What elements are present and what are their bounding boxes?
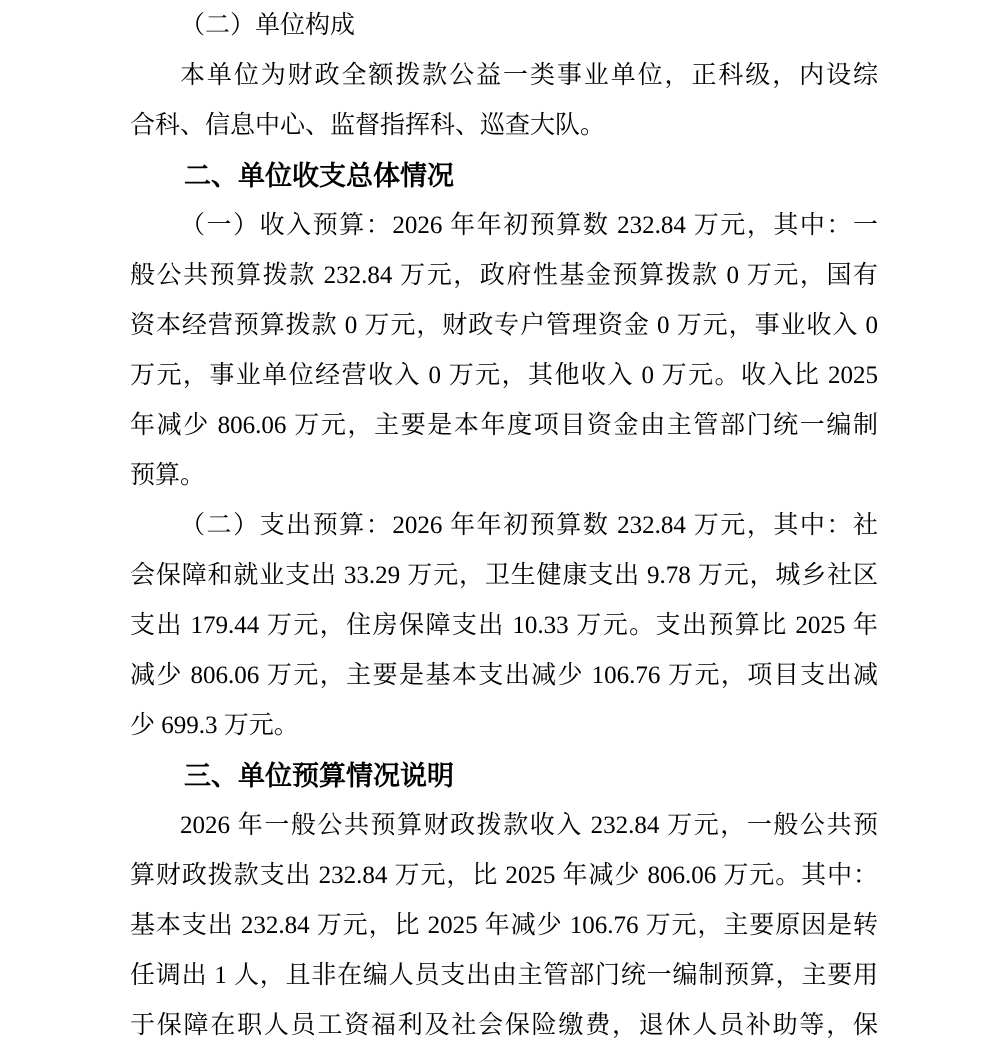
section-heading-budget-explanation: 三、单位预算情况说明 bbox=[130, 751, 878, 801]
paragraph-line: 2026 年一般公共预算财政拨款收入 232.84 万元，一般公共预 bbox=[130, 801, 878, 851]
paragraph-line: 会保障和就业支出 33.29 万元，卫生健康支出 9.78 万元，城乡社区 bbox=[130, 551, 878, 601]
paragraph-line: 少 699.3 万元。 bbox=[130, 701, 878, 751]
paragraph-line: 减少 806.06 万元，主要是基本支出减少 106.76 万元，项目支出减 bbox=[130, 651, 878, 701]
paragraph-line: 支出 179.44 万元，住房保障支出 10.33 万元。支出预算比 2025 … bbox=[130, 601, 878, 651]
paragraph-line: 资本经营预算拨款 0 万元，财政专户管理资金 0 万元，事业收入 0 bbox=[130, 301, 878, 351]
paragraph-line: 本单位为财政全额拨款公益一类事业单位，正科级，内设综 bbox=[130, 51, 878, 101]
paragraph-line: （二）支出预算：2026 年年初预算数 232.84 万元，其中：社 bbox=[130, 501, 878, 551]
paragraph-line: 于保障在职人员工资福利及社会保险缴费，退休人员补助等，保 bbox=[130, 1001, 878, 1051]
paragraph-line: 合科、信息中心、监督指挥科、巡查大队。 bbox=[130, 101, 878, 151]
subsection-heading-unit-composition: （二）单位构成 bbox=[130, 1, 878, 51]
paragraph-line: （一）收入预算：2026 年年初预算数 232.84 万元，其中：一 bbox=[130, 201, 878, 251]
section-heading-income-expense-overview: 二、单位收支总体情况 bbox=[130, 151, 878, 201]
paragraph-line: 算财政拨款支出 232.84 万元，比 2025 年减少 806.06 万元。其… bbox=[130, 851, 878, 901]
paragraph-line: 任调出 1 人，且非在编人员支出由主管部门统一编制预算，主要用 bbox=[130, 951, 878, 1001]
paragraph-line: 基本支出 232.84 万元，比 2025 年减少 106.76 万元，主要原因… bbox=[130, 901, 878, 951]
paragraph-line: 般公共预算拨款 232.84 万元，政府性基金预算拨款 0 万元，国有 bbox=[130, 251, 878, 301]
paragraph-line: 万元，事业单位经营收入 0 万元，其他收入 0 万元。收入比 2025 bbox=[130, 351, 878, 401]
paragraph-line: 预算。 bbox=[130, 451, 878, 501]
document-page: （二）单位构成 本单位为财政全额拨款公益一类事业单位，正科级，内设综 合科、信息… bbox=[0, 0, 1000, 1052]
paragraph-line: 年减少 806.06 万元，主要是本年度项目资金由主管部门统一编制 bbox=[130, 401, 878, 451]
